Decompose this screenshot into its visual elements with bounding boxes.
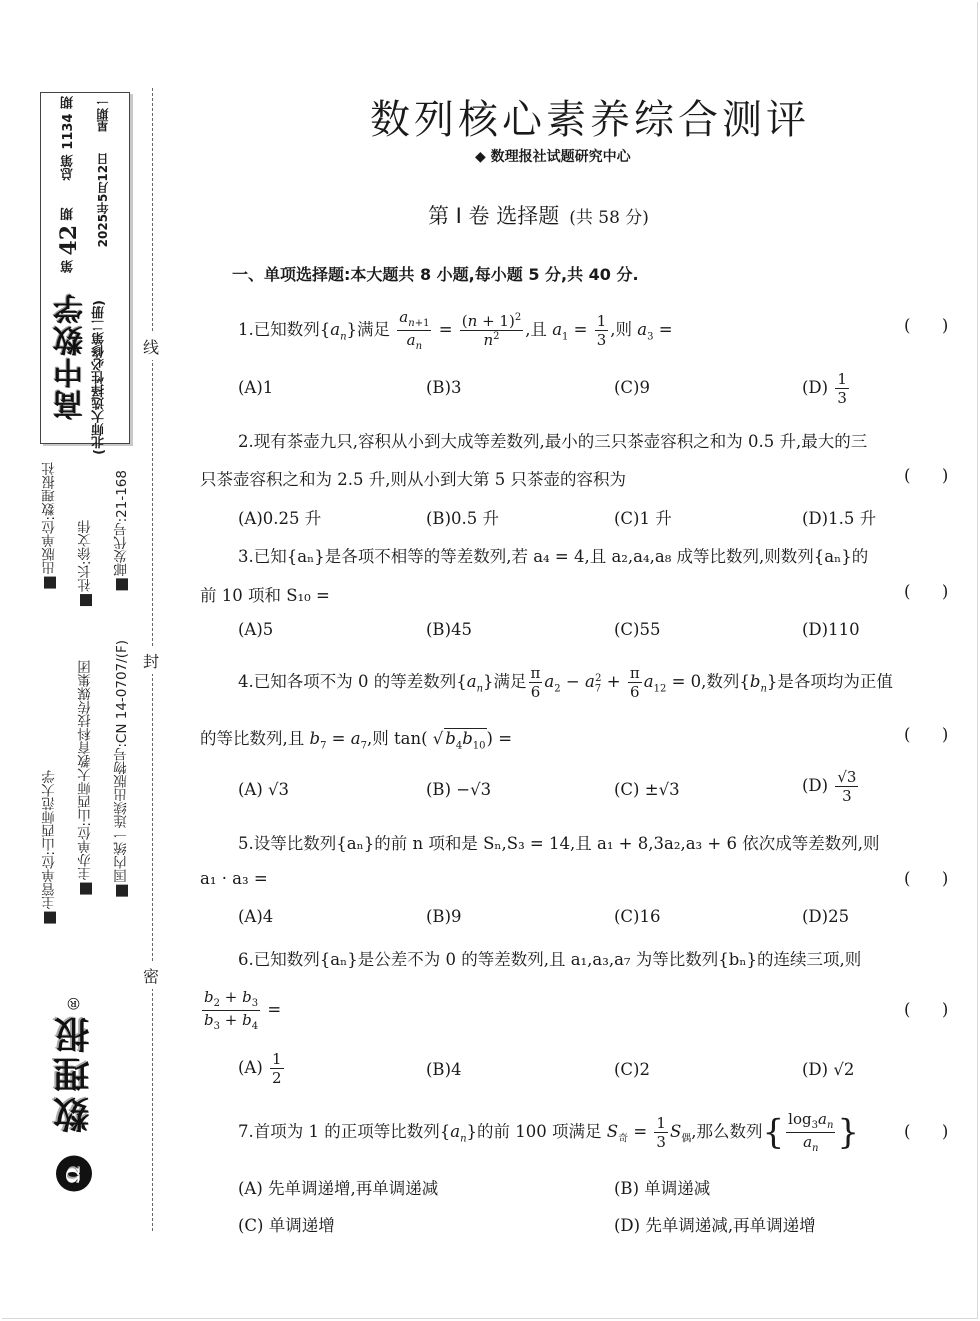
option-d: (D)25 [802, 907, 849, 926]
cn-number-line: 国内统一连续出版物号:CN 14-0707/(F) [112, 640, 132, 897]
page-title: 数列核心素养综合测评 [370, 88, 810, 145]
option-b: (B) 单调递减 [614, 1175, 710, 1199]
option-d: (D)1.5 升 [802, 505, 876, 529]
option-c: (C)55 [614, 620, 661, 639]
option-a: (A)4 [238, 907, 273, 926]
option-a: (A)0.25 升 [238, 505, 321, 529]
question-text-cont: a₁ · a₃ = [200, 869, 268, 888]
question-text-cont: 前 10 项和 S₁₀ = [200, 582, 330, 606]
issue-number: 42 [56, 225, 82, 256]
option-c: (C)2 [614, 1060, 650, 1079]
option-b: (B)45 [426, 620, 472, 639]
cut-label-secret: 密 [143, 962, 159, 989]
issue-info: 第 42 期 总第 1134 期 [56, 96, 82, 273]
option-c: (C) ±√3 [614, 780, 680, 799]
logo-text: 数理报 [53, 1013, 95, 1133]
option-b: (B)0.5 升 [426, 505, 499, 529]
option-b: (B) −√3 [426, 780, 491, 799]
option-b: (B)3 [426, 378, 462, 397]
square-bullet-icon [80, 883, 92, 895]
question-text: 6.已知数列{aₙ}是公差不为 0 的等差数列,且 a₁,a₃,a₇ 为等比数列… [238, 946, 861, 970]
registered-icon: ® [64, 990, 83, 1013]
option-b: (B)9 [426, 907, 462, 926]
option-a: (A) 先单调递增,再单调递减 [238, 1175, 438, 1199]
question-text: 4.已知各项不为 0 的等差数列{an}满足π6a2 − a72 + π6a12… [238, 664, 893, 701]
date: 2025年5月12日 [96, 153, 110, 247]
option-d: (D) √33 [802, 768, 860, 805]
option-d: (D) 先单调递减,再单调递增 [614, 1212, 816, 1236]
option-a: (A)5 [238, 620, 273, 639]
issue-prefix: 第 [61, 260, 76, 273]
weekday: 星期一 [96, 96, 110, 132]
question-text: 7.首项为 1 的正项等比数列{an}的前 100 项满足 S奇 = 13S偶,… [238, 1110, 859, 1155]
answer-bracket: ( ) [904, 1122, 948, 1141]
sponsor-line: 主办单位:山西师大教育科技传媒集团 [76, 660, 96, 895]
option-d: (D) 13 [802, 370, 851, 407]
issue-date: 2025年5月12日 星期一 [94, 96, 111, 247]
answer-bracket: ( ) [904, 582, 948, 601]
masthead-title: 高中数学 [50, 292, 94, 420]
section-title: 第 Ⅰ 卷 选择题(共 58 分) [428, 200, 649, 230]
option-a: (A) 12 [238, 1050, 286, 1087]
logo-mark-icon: Ω [56, 1156, 92, 1192]
option-c: (C)16 [614, 907, 661, 926]
option-b: (B)4 [426, 1060, 462, 1079]
publisher-line: 出版单位:数理报社 [40, 462, 60, 589]
option-d: (D)110 [802, 620, 860, 639]
total-issue: 总第 1134 期 [61, 96, 76, 180]
answer-bracket: ( ) [904, 1000, 948, 1019]
question-text: 1.已知数列{an}满足 an+1an = (n + 1)2n2,且 a1 = … [238, 308, 673, 353]
question-text: 5.设等比数列{aₙ}的前 n 项和是 Sₙ,S₃ = 14,且 a₁ + 8,… [238, 830, 879, 854]
question-text-cont: 只茶壶容积之和为 2.5 升,则从小到大第 5 只茶壶的容积为 [200, 466, 626, 490]
option-a: (A) √3 [238, 780, 289, 799]
answer-bracket: ( ) [904, 869, 948, 888]
square-bullet-icon [80, 594, 92, 606]
square-bullet-icon [116, 578, 128, 590]
square-bullet-icon [44, 577, 56, 589]
option-a: (A)1 [238, 378, 273, 397]
answer-bracket: ( ) [904, 466, 948, 485]
masthead-subtitle: (北师大选择性必修第二册) [90, 300, 109, 455]
question-text: 3.已知{aₙ}是各项不相等的等差数列,若 a₄ = 4,且 a₂,a₄,a₈ … [238, 543, 868, 567]
issue-suffix: 期 [61, 207, 76, 220]
question-text: 2.现有茶壶九只,容积从小到大成等差数列,最小的三只茶壶容积之和为 0.5 升,… [238, 428, 867, 452]
option-c: (C)9 [614, 378, 650, 397]
postal-code-line: 邮发代号:21-168 [112, 470, 132, 590]
president-line: 社长:徐文伟 [76, 520, 96, 606]
part-heading: 一、单项选择题:本大题共 8 小题,每小题 5 分,共 40 分. [232, 262, 639, 285]
cut-label-seal: 封 [143, 647, 159, 674]
publisher-logo: Ω 数理报® [48, 990, 99, 1192]
square-bullet-icon [116, 885, 128, 897]
option-c: (C) 单调递增 [238, 1212, 335, 1236]
option-c: (C)1 升 [614, 505, 672, 529]
question-text-cont: 的等比数列,且 b7 = a7,则 tan( √b4b10) = [200, 725, 512, 751]
answer-bracket: ( ) [904, 725, 948, 744]
section-points: (共 58 分) [569, 208, 649, 228]
option-d: (D) √2 [802, 1060, 854, 1079]
question-text-cont: b2 + b3b3 + b4 = [200, 988, 281, 1033]
supervisor-line: 主管单位:山西师范大学 [40, 770, 60, 924]
cut-label-line: 线 [143, 333, 159, 360]
square-bullet-icon [44, 912, 56, 924]
answer-bracket: ( ) [904, 316, 948, 335]
author-line: ◆ 数理报社试题研究中心 [475, 146, 631, 166]
